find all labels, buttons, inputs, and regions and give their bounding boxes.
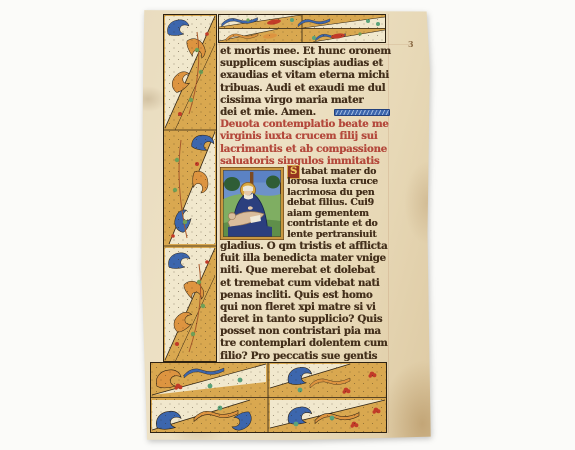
text-line: filio? Pro peccatis sue gentis bbox=[220, 350, 390, 362]
illuminated-border-bottom bbox=[150, 362, 387, 433]
blue-braided-line-filler bbox=[334, 109, 390, 116]
rubric-line: virginis iuxta crucem filij sui bbox=[220, 130, 390, 142]
parchment: et mortis mee. Et hunc oronem supplicem … bbox=[139, 8, 431, 441]
rubric-line: Deuota contemplatio beate me bbox=[220, 118, 390, 130]
text-line-with-filler: dei et mie. Amen. bbox=[220, 106, 390, 118]
text-line: posset non contristari pia ma bbox=[220, 325, 390, 337]
text-block: et mortis mee. Et hunc oronem supplicem … bbox=[220, 45, 390, 362]
text-line: penas incliti. Quis est homo bbox=[220, 289, 390, 301]
photo-background: et mortis mee. Et hunc oronem supplicem … bbox=[0, 0, 575, 450]
text-line: lente pertransiuit bbox=[287, 230, 390, 240]
text-line: exaudias et vitam eterna michi bbox=[220, 69, 390, 81]
text-line: niti. Que merebat et dolebat bbox=[220, 264, 390, 276]
text-line: cissima virgo maria mater bbox=[220, 94, 390, 106]
text-line: et tremebat cum videbat nati bbox=[220, 277, 390, 289]
rubric-line: lacrimantis et ab compassione bbox=[220, 143, 390, 155]
manuscript-leaf: et mortis mee. Et hunc oronem supplicem … bbox=[139, 8, 431, 441]
text-line: gladius. O qm tristis et afflicta bbox=[220, 240, 390, 252]
text-line: fuit illa benedicta mater vnige bbox=[220, 252, 390, 264]
text-line: tribuas. Audi et exaudi me dul bbox=[220, 82, 390, 94]
tree bbox=[266, 175, 280, 188]
text-line: contristante et do bbox=[287, 219, 390, 229]
text-line: qui non fleret xpi matre si vi bbox=[220, 301, 390, 313]
illuminated-border-left bbox=[163, 14, 217, 362]
text-line: deret in tanto supplicio? Quis bbox=[220, 313, 390, 325]
text-line: tre contemplari dolentem cum bbox=[220, 337, 390, 349]
text-line: dei et mie. Amen. bbox=[220, 106, 316, 118]
stabat-side-lines: S tabat mater do lorosa iuxta cruce lacr… bbox=[287, 167, 390, 240]
text-line: supplicem suscipias audias et bbox=[220, 57, 390, 69]
stabat-section: S tabat mater do lorosa iuxta cruce lacr… bbox=[220, 167, 390, 240]
tree bbox=[224, 177, 240, 191]
folio-number: 3 bbox=[408, 39, 414, 49]
pieta-miniature bbox=[220, 167, 284, 240]
text-line: et mortis mee. Et hunc oronem bbox=[220, 45, 390, 57]
illuminated-border-top bbox=[218, 14, 386, 43]
